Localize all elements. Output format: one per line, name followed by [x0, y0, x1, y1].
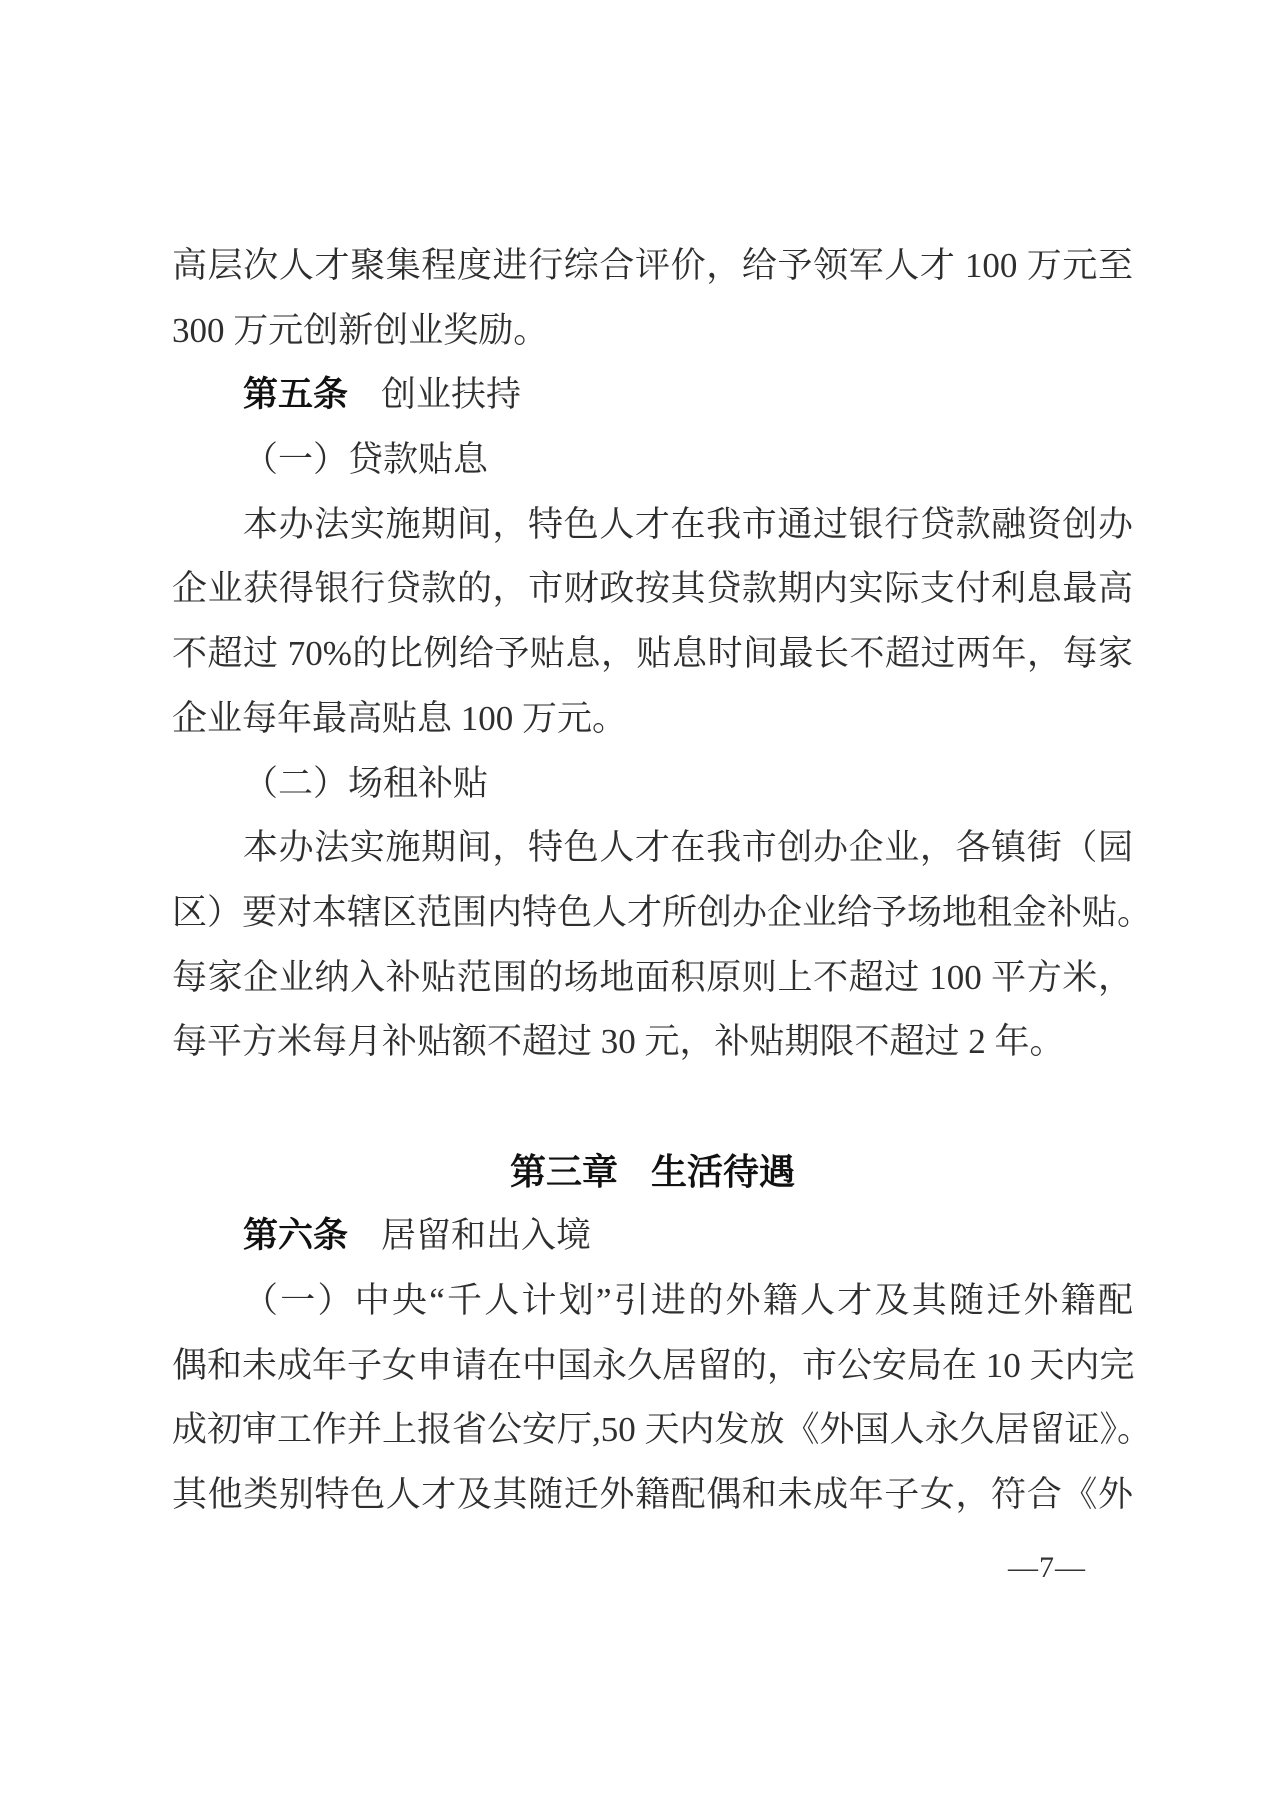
paragraph-line: 偶和未成年子女申请在中国永久居留的，市公安局在 10 天内完: [172, 1334, 1133, 1399]
document-page: 高层次人才聚集程度进行综合评价，给予领军人才 100 万元至 300 万元创新创…: [0, 0, 1280, 1810]
paragraph-line: 企业每年最高贴息 100 万元。: [172, 687, 1133, 752]
item-heading: （二）场租补贴: [172, 752, 1133, 817]
chapter-heading-3: 第三章生活待遇: [172, 1140, 1133, 1205]
item-heading: （一）贷款贴息: [172, 428, 1133, 493]
clause-title: 创业扶持: [381, 375, 521, 414]
paragraph-line: 本办法实施期间，特色人才在我市创办企业，各镇街（园: [172, 816, 1133, 881]
clause-number: 第五条: [243, 375, 348, 414]
paragraph-line: （一）中央“千人计划”引进的外籍人才及其随迁外籍配: [172, 1269, 1133, 1334]
chapter-number: 第三章: [510, 1151, 618, 1192]
clause-heading-6: 第六条居留和出入境: [172, 1204, 1133, 1269]
paragraph-line: 300 万元创新创业奖励。: [172, 299, 1133, 364]
chapter-title: 生活待遇: [651, 1151, 795, 1192]
paragraph-line: 不超过 70%的比例给予贴息，贴息时间最长不超过两年，每家: [172, 622, 1133, 687]
paragraph-line: 区）要对本辖区范围内特色人才所创办企业给予场地租金补贴。: [172, 881, 1133, 946]
paragraph-line: 本办法实施期间，特色人才在我市通过银行贷款融资创办: [172, 493, 1133, 558]
paragraph-line: 每平方米每月补贴额不超过 30 元，补贴期限不超过 2 年。: [172, 1010, 1133, 1075]
clause-heading-5: 第五条创业扶持: [172, 363, 1133, 428]
paragraph-line: 成初审工作并上报省公安厅,50 天内发放《外国人永久居留证》。: [172, 1398, 1133, 1463]
blank-line: [172, 1075, 1133, 1140]
paragraph-line: 企业获得银行贷款的，市财政按其贷款期内实际支付利息最高: [172, 557, 1133, 622]
clause-title: 居留和出入境: [381, 1216, 591, 1255]
clause-number: 第六条: [243, 1216, 348, 1255]
paragraph-line: 其他类别特色人才及其随迁外籍配偶和未成年子女，符合《外: [172, 1463, 1133, 1528]
document-body: 高层次人才聚集程度进行综合评价，给予领军人才 100 万元至 300 万元创新创…: [172, 234, 1133, 1528]
paragraph-line: 每家企业纳入补贴范围的场地面积原则上不超过 100 平方米，: [172, 946, 1133, 1011]
paragraph-line: 高层次人才聚集程度进行综合评价，给予领军人才 100 万元至: [172, 234, 1133, 299]
page-number: —7—: [1008, 1550, 1086, 1586]
